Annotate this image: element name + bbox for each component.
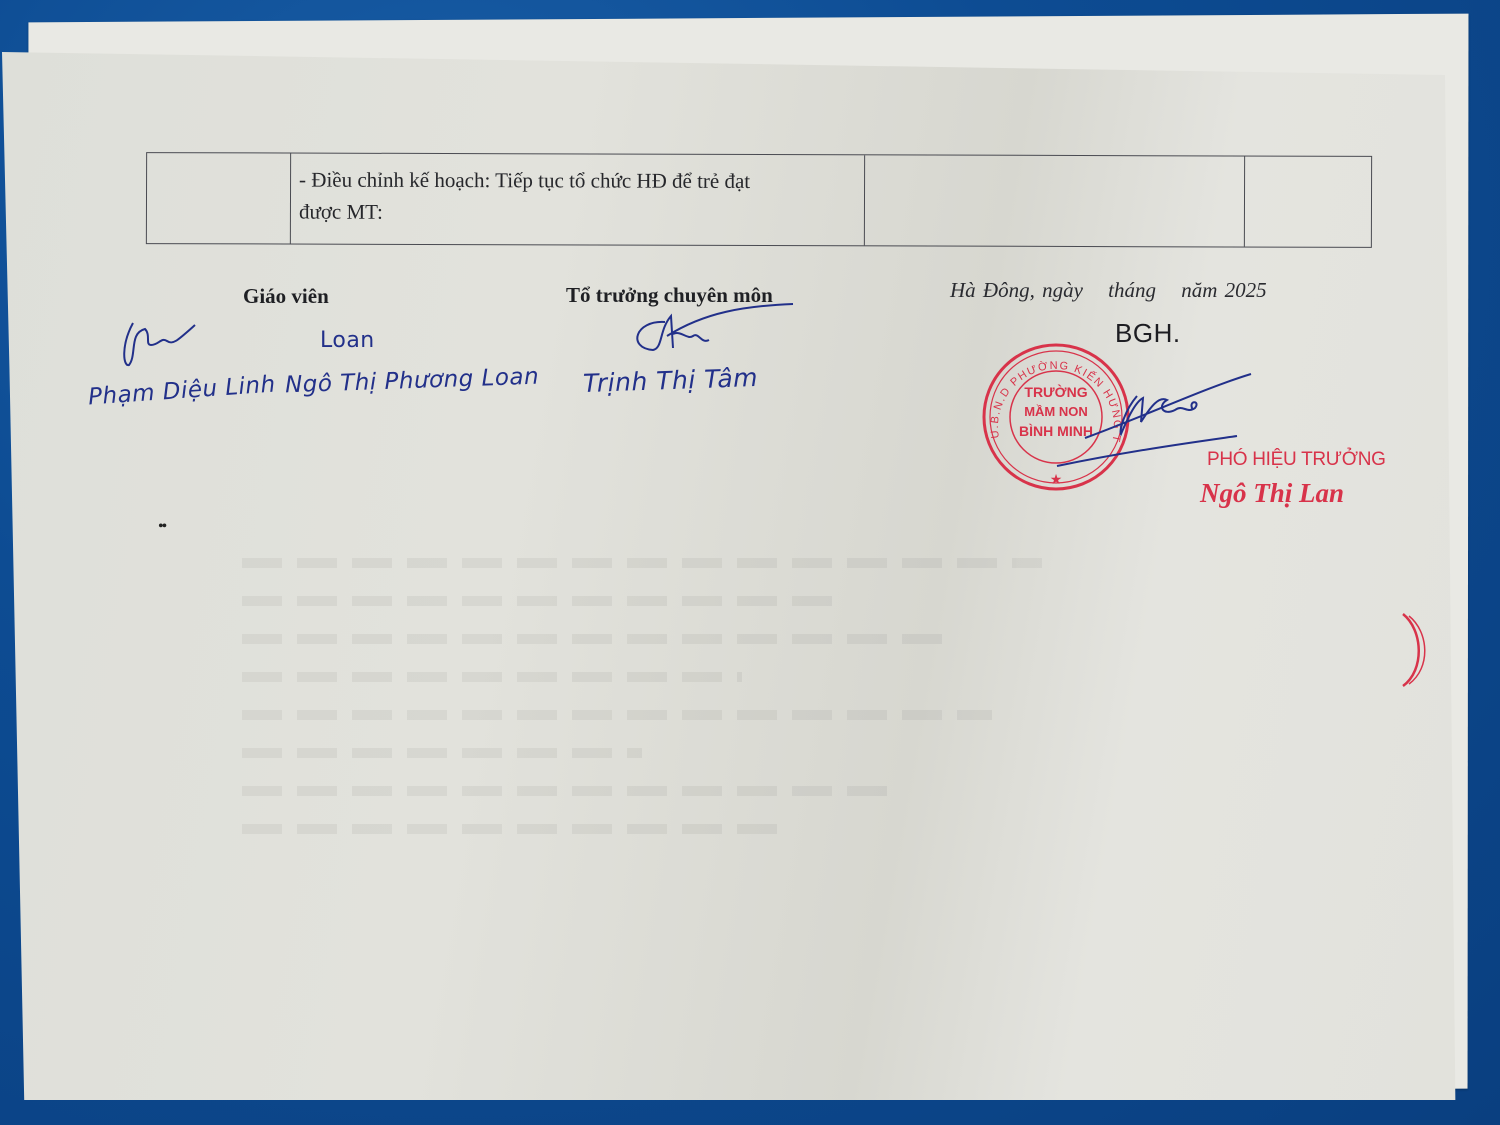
- teacher-1-signature-icon: [115, 315, 205, 375]
- dateline: Hà Đông, ngày tháng năm 2025: [950, 278, 1285, 303]
- table-cell-notes: [865, 155, 1245, 246]
- plan-adjustment-text: - Điều chỉnh kế hoạch: Tiếp tục tổ chức …: [299, 164, 856, 230]
- teacher-2-signature: Loan: [320, 328, 375, 353]
- table-cell-index: [147, 153, 291, 243]
- show-through-text: [242, 552, 1242, 1032]
- vice-principal-name: Ngô Thị Lan: [1200, 478, 1344, 509]
- partial-stamp-edge-icon: [1395, 610, 1435, 690]
- table-cell-extra: [1245, 157, 1371, 247]
- teacher-heading: Giáo viên: [243, 284, 329, 309]
- stamp-star-icon: ★: [1050, 473, 1063, 488]
- dateline-month: tháng: [1108, 278, 1156, 302]
- table-cell-content: - Điều chỉnh kế hoạch: Tiếp tục tổ chức …: [291, 154, 865, 246]
- evaluation-table-row: - Điều chỉnh kế hoạch: Tiếp tục tổ chức …: [146, 152, 1372, 248]
- dateline-year: năm 2025: [1181, 278, 1266, 302]
- head-signature-icon: [625, 300, 795, 360]
- vice-principal-title: PHÓ HIỆU TRƯỞNG: [1207, 449, 1386, 471]
- dateline-day: Hà Đông, ngày: [950, 278, 1083, 302]
- stray-marks: ••: [158, 518, 165, 536]
- head-name: Trịnh Thị Tâm: [583, 363, 759, 398]
